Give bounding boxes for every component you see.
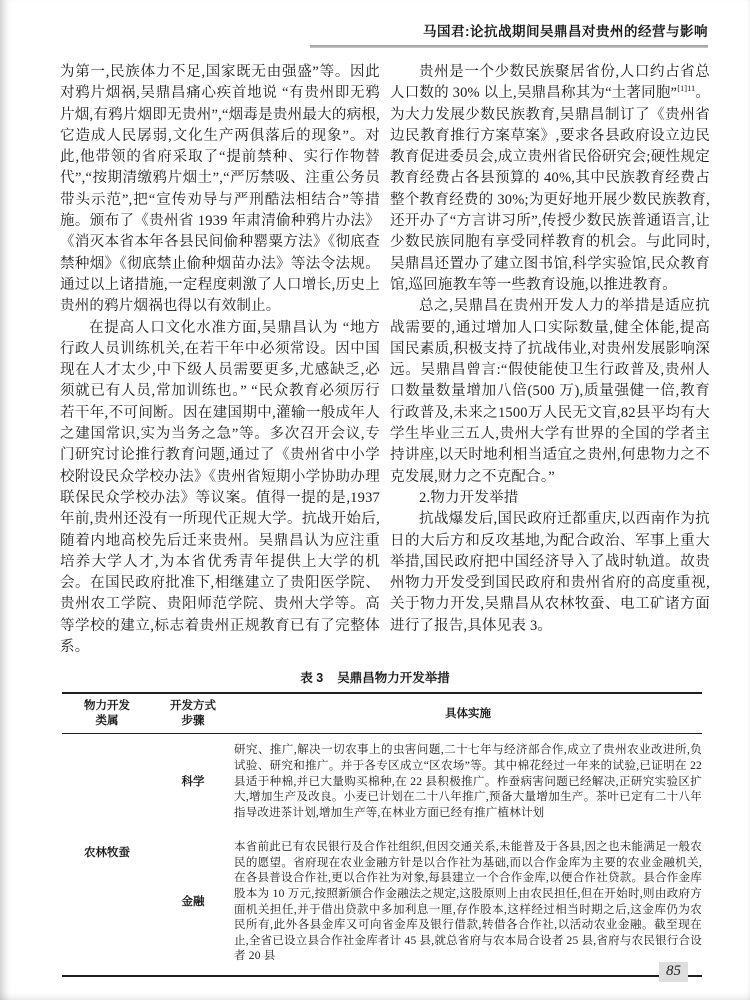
paragraph-text: 。为大力发展少数民族教育,吴鼎昌制订了《贵州省边民教育推行方案草案》,要求各县政… (390, 85, 710, 293)
header-line: 步骤 (182, 715, 205, 727)
header-line: 开发方式 (170, 700, 216, 712)
running-header: 马国君:论抗战期间吴鼎昌对贵州的经营与影响 (0, 0, 750, 48)
journal-page: 马国君:论抗战期间吴鼎昌对贵州的经营与影响 为第一,民族体力不足,国家既无由强盛… (0, 0, 750, 1000)
table-caption: 表 3吴鼎昌物力开发举措 (0, 668, 750, 686)
paragraph: 为第一,民族体力不足,国家既无由强盛”等。因此对鸦片烟祸,吴鼎昌痛心疾首地说 “… (60, 62, 380, 318)
table-header-method: 开发方式 步骤 (152, 693, 234, 734)
page-number: 85 (659, 962, 688, 982)
table-header-implementation: 具体实施 (234, 693, 702, 734)
paragraph: 抗战爆发后,国民政府迁都重庆,以西南作为抗日的大后方和反攻基地,为配合政治、军事… (390, 509, 710, 637)
table-container: 物力开发 类属 开发方式 步骤 具体实施 农林牧蚕 科学 研究、推广,解决一切农… (0, 686, 750, 977)
detail-cell: 研究、推广,解决一切农事上的虫害问题,二十七年与经济部合作,成立了贵州农业改进所… (234, 734, 702, 831)
paragraph-text: 贵州是一个少数民族聚居省份,人口约占省总人口数的 30% 以上,吴鼎昌称其为“土… (390, 64, 710, 101)
paragraph: 贵州是一个少数民族聚居省份,人口约占省总人口数的 30% 以上,吴鼎昌称其为“土… (390, 62, 710, 296)
header-line: 类属 (96, 715, 119, 727)
running-header-title: 马国君:论抗战期间吴鼎昌对贵州的经营与影响 (60, 20, 708, 40)
table-row: 金融 本省前此已有农民银行及合作社组织,但因交通关系,未能普及于各县,因之也未能… (62, 831, 702, 976)
table-row: 农林牧蚕 科学 研究、推广,解决一切农事上的虫害问题,二十七年与经济部合作,成立… (62, 734, 702, 831)
method-cell: 科学 (152, 734, 234, 831)
paragraph: 在提高人口文化水准方面,吴鼎昌认为 “地方行政人员训练机关,在若干年中必须常设。… (60, 318, 380, 659)
paragraph: 总之,吴鼎昌在贵州开发人力的举措是适应抗战需要的,通过增加人口实际数量,健全体能… (390, 296, 710, 488)
header-line: 物力开发 (84, 700, 130, 712)
table-caption-title: 吴鼎昌物力开发举措 (337, 671, 450, 685)
table-header-category: 物力开发 类属 (62, 693, 152, 734)
right-column: 贵州是一个少数民族聚居省份,人口约占省总人口数的 30% 以上,吴鼎昌称其为“土… (390, 62, 710, 658)
category-cell: 农林牧蚕 (62, 734, 152, 976)
two-column-body: 为第一,民族体力不足,国家既无由强盛”等。因此对鸦片烟祸,吴鼎昌痛心疾首地说 “… (0, 48, 750, 658)
citation-marker: [1]11 (677, 83, 695, 93)
left-column: 为第一,民族体力不足,国家既无由强盛”等。因此对鸦片烟祸,吴鼎昌痛心疾首地说 “… (60, 62, 380, 658)
method-cell: 金融 (152, 831, 234, 976)
detail-cell: 本省前此已有农民银行及合作社组织,但因交通关系,未能普及于各县,因之也未能满足一… (234, 831, 702, 976)
development-measures-table: 物力开发 类属 开发方式 步骤 具体实施 农林牧蚕 科学 研究、推广,解决一切农… (62, 692, 702, 977)
table-caption-label: 表 3 (300, 671, 323, 685)
table-header-row: 物力开发 类属 开发方式 步骤 具体实施 (62, 693, 702, 734)
section-heading: 2.物力开发举措 (390, 488, 710, 509)
